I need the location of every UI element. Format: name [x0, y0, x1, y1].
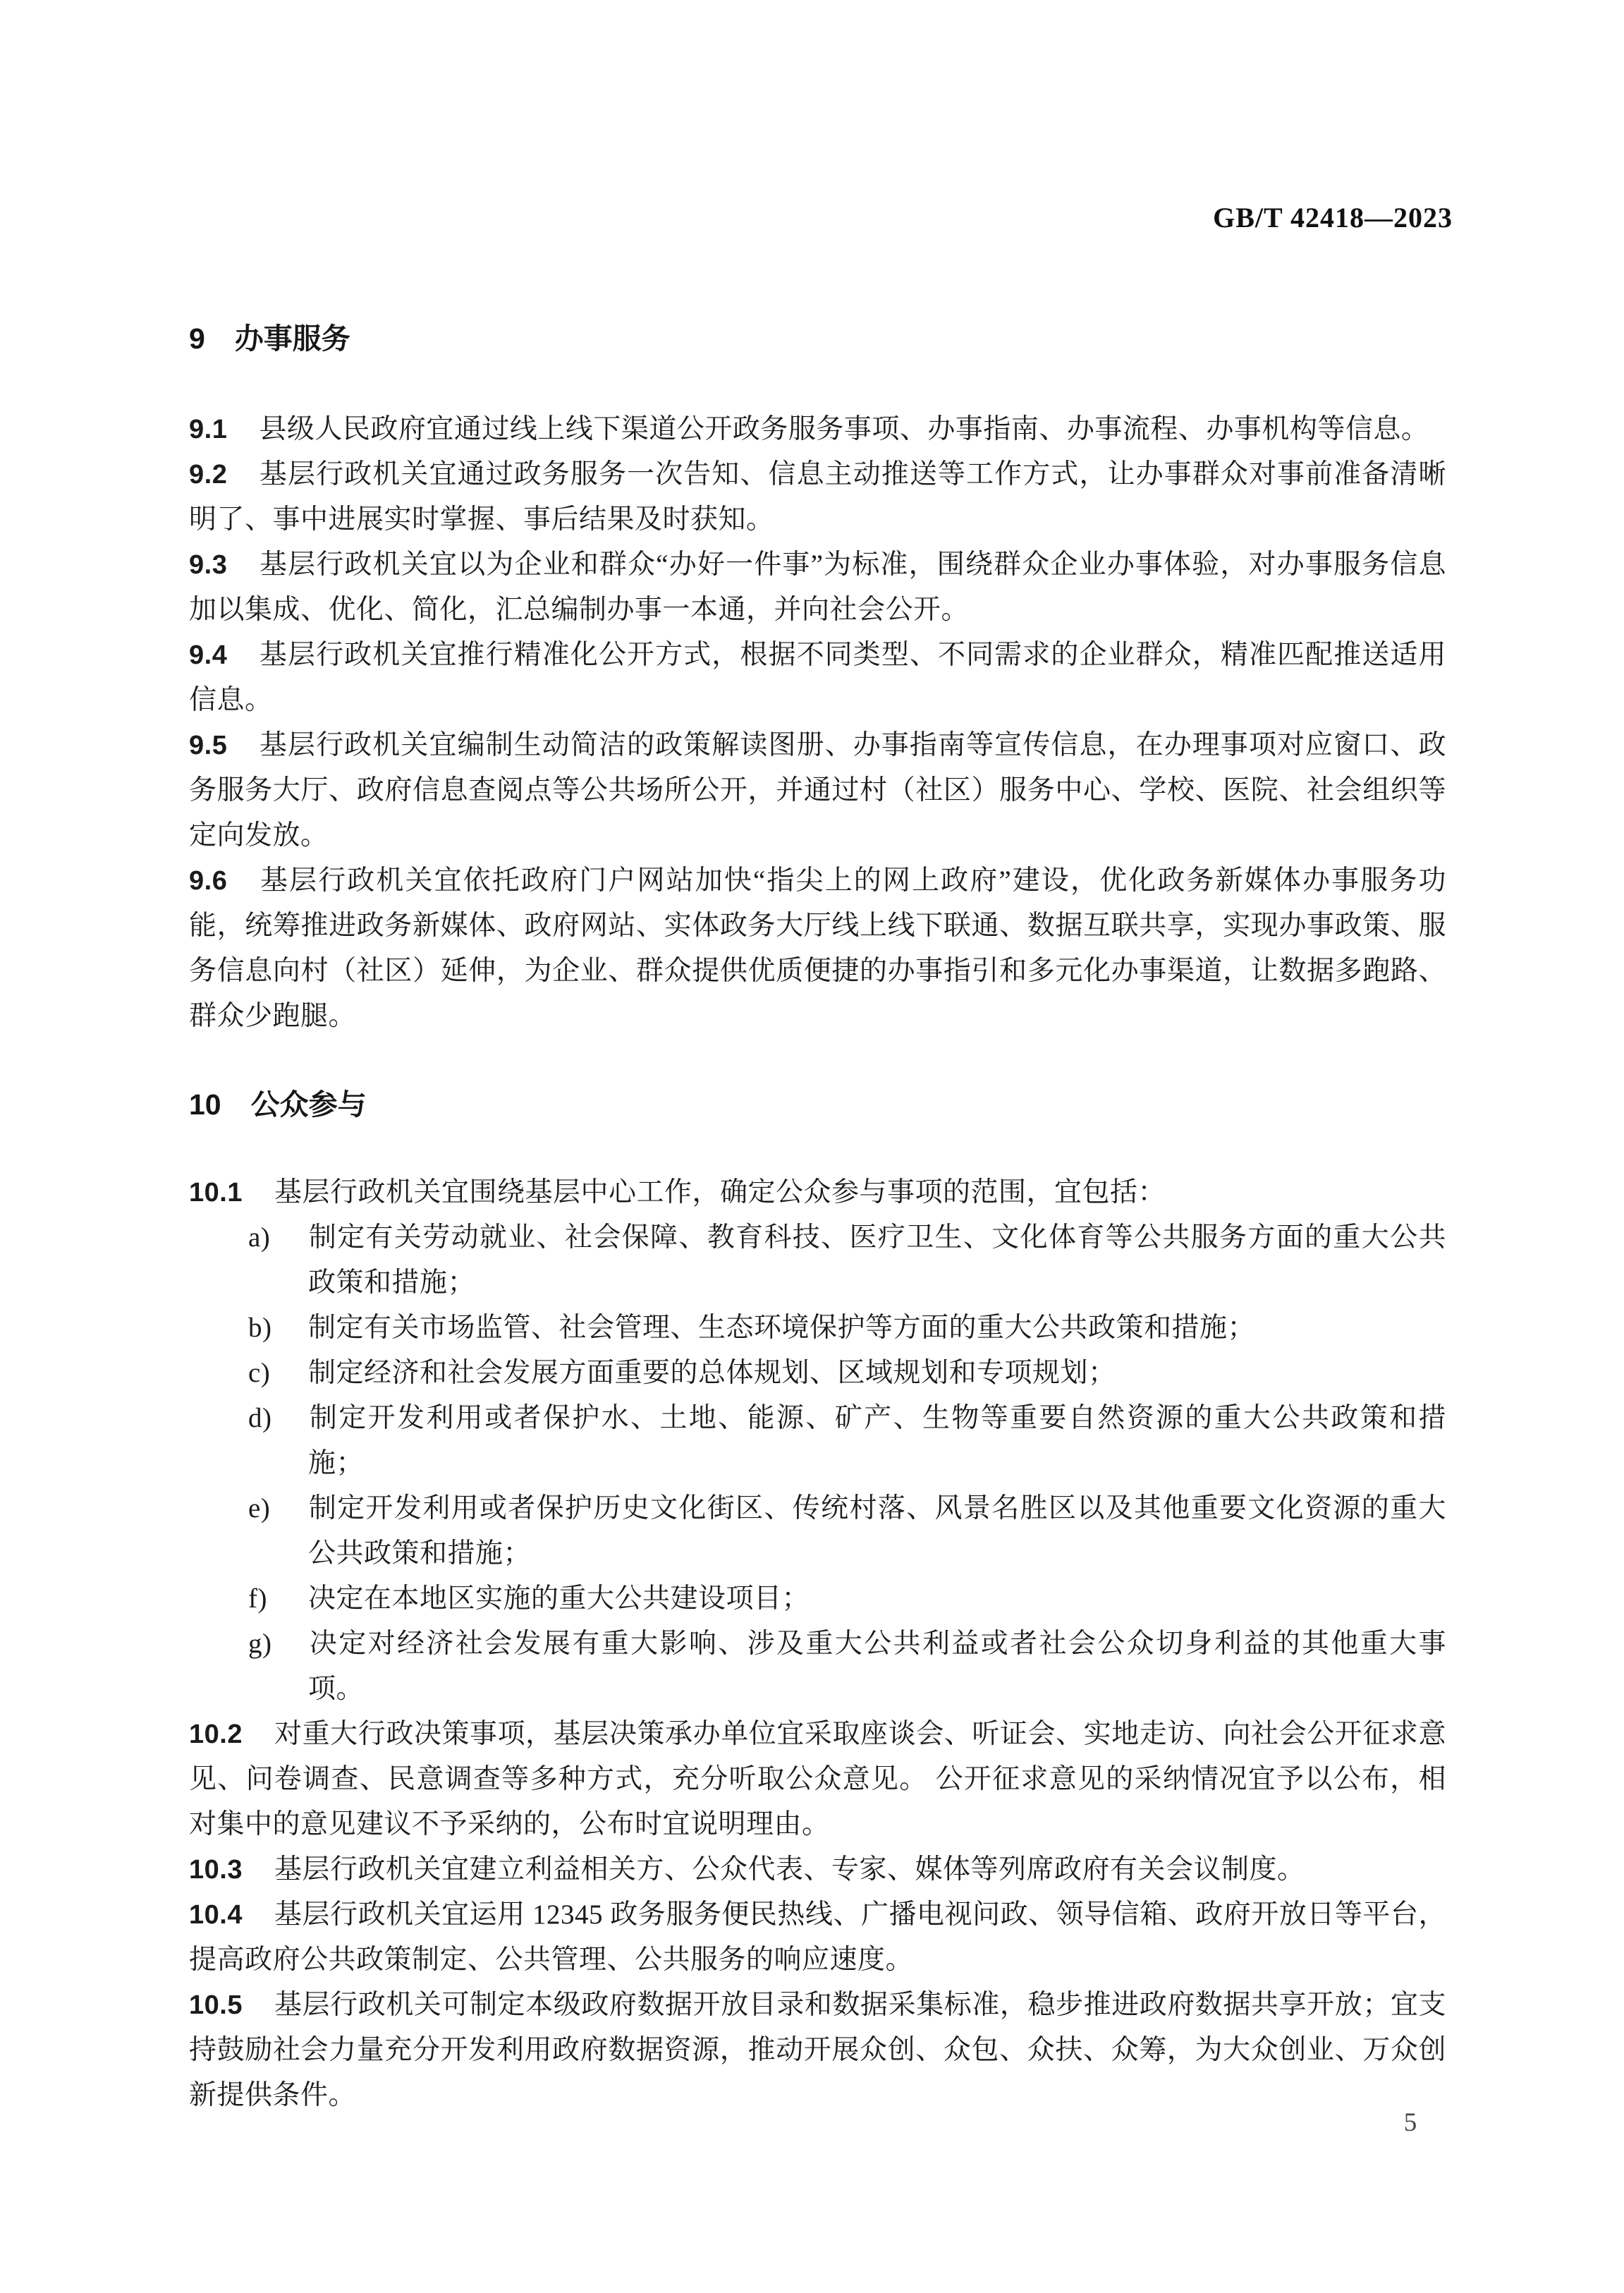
- clause-text: 基层行政机关可制定本级政府数据开放目录和数据采集标准，稳步推进政府数据共享开放；…: [189, 1990, 1446, 2110]
- section-10-number: 10: [189, 1088, 221, 1121]
- list-item-text: 制定有关市场监管、社会管理、生态环境保护等方面的重大公共政策和措施；: [308, 1313, 1255, 1343]
- clause-text: 基层行政机关宜以为企业和群众“办好一件事”为标准，围绕群众企业办事体验，对办事服…: [189, 549, 1446, 625]
- list-item-text: 决定对经济社会发展有重大影响、涉及重大公共利益或者社会公众切身利益的其他重大事项…: [308, 1629, 1446, 1704]
- list-item-c: c)制定经济和社会发展方面重要的总体规划、区域规划和专项规划；: [189, 1351, 1446, 1396]
- list-item-letter: f): [248, 1576, 308, 1622]
- list-item-text: 制定开发利用或者保护水、土地、能源、矿产、生物等重要自然资源的重大公共政策和措施…: [308, 1403, 1446, 1478]
- clause-number: 10.1: [189, 1178, 243, 1208]
- section-9-title: 办事服务: [235, 322, 350, 355]
- list-item-f: f)决定在本地区实施的重大公共建设项目；: [189, 1576, 1446, 1622]
- clause-text: 对重大行政决策事项，基层决策承办单位宜采取座谈会、听证会、实地走访、向社会公开征…: [189, 1719, 1446, 1839]
- clause-9-2: 9.2基层行政机关宜通过政务服务一次告知、信息主动推送等工作方式，让办事群众对事…: [189, 452, 1446, 542]
- clause-9-4: 9.4基层行政机关宜推行精准化公开方式，根据不同类型、不同需求的企业群众，精准匹…: [189, 633, 1446, 723]
- clause-number: 10.3: [189, 1855, 243, 1885]
- list-item-text: 制定经济和社会发展方面重要的总体规划、区域规划和专项规划；: [308, 1358, 1116, 1388]
- list-item-text: 制定开发利用或者保护历史文化街区、传统村落、风景名胜区以及其他重要文化资源的重大…: [308, 1493, 1446, 1569]
- section-9-heading: 9办事服务: [189, 321, 1446, 356]
- list-item-letter: b): [248, 1306, 308, 1351]
- clause-text: 基层行政机关宜围绕基层中心工作，确定公众参与事项的范围，宜包括：: [274, 1177, 1166, 1208]
- list-item-a: a)制定有关劳动就业、社会保障、教育科技、医疗卫生、文化体育等公共服务方面的重大…: [189, 1215, 1446, 1306]
- clause-text: 基层行政机关宜建立利益相关方、公众代表、专家、媒体等列席政府有关会议制度。: [274, 1854, 1305, 1885]
- standard-number-header: GB/T 42418—2023: [0, 203, 1453, 233]
- list-item-e: e)制定开发利用或者保护历史文化街区、传统村落、风景名胜区以及其他重要文化资源的…: [189, 1486, 1446, 1576]
- clause-9-6: 9.6基层行政机关宜依托政府门户网站加快“指尖上的网上政府”建设，优化政务新媒体…: [189, 858, 1446, 1039]
- clause-9-3: 9.3基层行政机关宜以为企业和群众“办好一件事”为标准，围绕群众企业办事体验，对…: [189, 542, 1446, 633]
- clause-text: 县级人民政府宜通过线上线下渠道公开政务服务事项、办事指南、办事流程、办事机构等信…: [259, 414, 1429, 444]
- list-item-text: 制定有关劳动就业、社会保障、教育科技、医疗卫生、文化体育等公共服务方面的重大公共…: [308, 1222, 1446, 1298]
- clause-text: 基层行政机关宜编制生动简洁的政策解读图册、办事指南等宣传信息，在办理事项对应窗口…: [189, 730, 1446, 851]
- list-item-d: d)制定开发利用或者保护水、土地、能源、矿产、生物等重要自然资源的重大公共政策和…: [189, 1396, 1446, 1486]
- clause-10-4: 10.4基层行政机关宜运用 12345 政务服务便民热线、广播电视问政、领导信箱…: [189, 1892, 1446, 1983]
- section-9-number: 9: [189, 322, 205, 355]
- list-item-letter: g): [248, 1622, 308, 1667]
- clause-text: 基层行政机关宜推行精准化公开方式，根据不同类型、不同需求的企业群众，精准匹配推送…: [189, 640, 1446, 715]
- list-item-letter: e): [248, 1486, 308, 1531]
- clause-text: 基层行政机关宜通过政务服务一次告知、信息主动推送等工作方式，让办事群众对事前准备…: [189, 459, 1446, 535]
- clause-10-3: 10.3基层行政机关宜建立利益相关方、公众代表、专家、媒体等列席政府有关会议制度…: [189, 1847, 1446, 1892]
- clause-10-2: 10.2对重大行政决策事项，基层决策承办单位宜采取座谈会、听证会、实地走访、向社…: [189, 1712, 1446, 1847]
- list-item-letter: a): [248, 1215, 308, 1260]
- clause-text: 基层行政机关宜依托政府门户网站加快“指尖上的网上政府”建设，优化政务新媒体办事服…: [189, 865, 1446, 1031]
- document-content: 9办事服务 9.1县级人民政府宜通过线上线下渠道公开政务服务事项、办事指南、办事…: [189, 321, 1446, 2118]
- list-item-b: b)制定有关市场监管、社会管理、生态环境保护等方面的重大公共政策和措施；: [189, 1306, 1446, 1351]
- clause-9-5: 9.5基层行政机关宜编制生动简洁的政策解读图册、办事指南等宣传信息，在办理事项对…: [189, 723, 1446, 858]
- clause-number: 10.4: [189, 1900, 243, 1930]
- page-number: 5: [1382, 2108, 1439, 2138]
- clause-number: 9.3: [189, 550, 227, 580]
- list-item-letter: d): [248, 1396, 308, 1441]
- clause-number: 9.6: [189, 866, 227, 896]
- clause-number: 10.2: [189, 1720, 243, 1749]
- clause-text: 基层行政机关宜运用 12345 政务服务便民热线、广播电视问政、领导信箱、政府开…: [189, 1899, 1446, 1975]
- list-item-g: g)决定对经济社会发展有重大影响、涉及重大公共利益或者社会公众切身利益的其他重大…: [189, 1622, 1446, 1712]
- list-item-text: 决定在本地区实施的重大公共建设项目；: [308, 1583, 810, 1614]
- clause-number: 10.5: [189, 1990, 243, 2020]
- document-page: GB/T 42418—2023 9办事服务 9.1县级人民政府宜通过线上线下渠道…: [0, 0, 1624, 2293]
- clause-10-1: 10.1基层行政机关宜围绕基层中心工作，确定公众参与事项的范围，宜包括：: [189, 1170, 1446, 1215]
- clause-9-1: 9.1县级人民政府宜通过线上线下渠道公开政务服务事项、办事指南、办事流程、办事机…: [189, 407, 1446, 452]
- clause-number: 9.2: [189, 460, 227, 489]
- clause-number: 9.5: [189, 731, 227, 760]
- list-item-letter: c): [248, 1351, 308, 1396]
- clause-10-5: 10.5基层行政机关可制定本级政府数据开放目录和数据采集标准，稳步推进政府数据共…: [189, 1983, 1446, 2118]
- clause-number: 9.4: [189, 640, 227, 670]
- clause-number: 9.1: [189, 415, 227, 444]
- section-10-heading: 10公众参与: [189, 1087, 1446, 1122]
- section-10-title: 公众参与: [251, 1088, 367, 1121]
